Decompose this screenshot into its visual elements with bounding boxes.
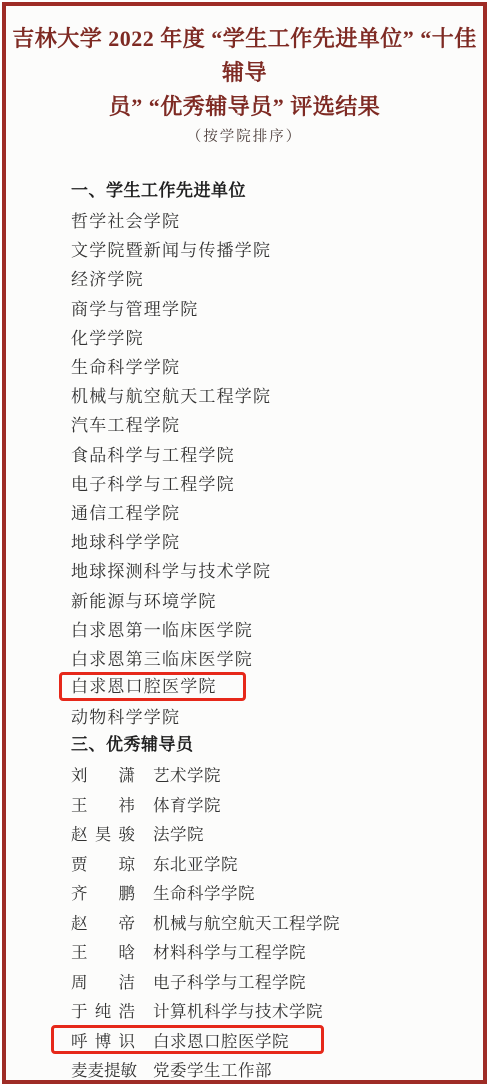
advisor-name: 贾 琼 (71, 851, 135, 875)
red-highlight-box: 白求恩口腔医学院 (59, 672, 246, 701)
unit-list-item: 汽车工程学院 (71, 409, 483, 438)
advisor-college: 计算机科学与技术学院 (153, 998, 323, 1022)
unit-name: 地球科学学院 (71, 528, 180, 553)
document-page: 吉林大学 2022 年度 “学生工作先进单位” “十佳辅导 员” “优秀辅导员”… (2, 2, 487, 1084)
advisor-name: 赵昊骏 (71, 821, 135, 845)
unit-name: 食品科学与工程学院 (71, 441, 235, 466)
advisor-row: 赵 帝 机械与航空航天工程学院 (71, 907, 483, 937)
advisor-name: 刘 潇 (71, 762, 135, 786)
unit-name: 动物科学学院 (71, 703, 180, 728)
advisor-college: 机械与航空航天工程学院 (153, 910, 340, 934)
unit-name: 白求恩口腔医学院 (71, 677, 217, 696)
advisor-college: 生命科学学院 (153, 880, 255, 904)
unit-name: 机械与航空航天工程学院 (71, 382, 271, 407)
unit-list-item: 地球科学学院 (71, 526, 483, 555)
unit-name: 白求恩第一临床医学院 (71, 616, 253, 641)
unit-list-item: 食品科学与工程学院 (71, 439, 483, 468)
advisor-name: 呼博识 (71, 1028, 135, 1052)
advanced-unit-list: 哲学社会学院 文学院暨新闻与传播学院 经济学院 商学与管理学院 化学学院 生命科… (71, 205, 483, 730)
advisor-name: 赵 帝 (71, 910, 135, 934)
unit-list-item: 文学院暨新闻与传播学院 (71, 234, 483, 263)
unit-name: 生命科学学院 (71, 353, 180, 378)
unit-name: 白求恩第三临床医学院 (71, 645, 253, 670)
advisor-row-highlighted: 呼博识 白求恩口腔医学院 (71, 1025, 483, 1055)
unit-name: 经济学院 (71, 265, 144, 290)
document-canvas: 吉林大学 2022 年度 “学生工作先进单位” “十佳辅导 员” “优秀辅导员”… (0, 0, 489, 1086)
unit-list-item: 哲学社会学院 (71, 205, 483, 234)
title-line-2: 员” “优秀辅导员” 评选结果 (6, 90, 483, 124)
unit-name: 电子科学与工程学院 (71, 470, 235, 495)
advisor-list: 刘 潇 艺术学院 王 祎 体育学院 赵昊骏 法学院 贾 琼 东北亚学院 齐 鹏 (71, 759, 483, 1084)
unit-name: 地球探测科学与技术学院 (71, 557, 271, 582)
unit-list-item: 经济学院 (71, 263, 483, 292)
advisor-college: 电子科学与工程学院 (153, 969, 306, 993)
advisor-college: 党委学生工作部 (153, 1057, 272, 1081)
unit-name: 通信工程学院 (71, 499, 180, 524)
advisor-row: 于纯浩 计算机科学与技术学院 (71, 995, 483, 1025)
advisor-row: 刘 潇 艺术学院 (71, 759, 483, 789)
section3-heading: 三、优秀辅导员 (71, 730, 483, 759)
unit-name: 汽车工程学院 (71, 411, 180, 436)
advisor-name: 周 洁 (71, 969, 135, 993)
unit-list-item: 电子科学与工程学院 (71, 468, 483, 497)
advisor-row: 周 洁 电子科学与工程学院 (71, 966, 483, 996)
unit-name: 哲学社会学院 (71, 207, 180, 232)
advisor-college: 艺术学院 (153, 762, 221, 786)
advisor-name: 王 祎 (71, 792, 135, 816)
advisor-college: 体育学院 (153, 792, 221, 816)
unit-name: 文学院暨新闻与传播学院 (71, 236, 271, 261)
advisor-row: 麦麦提敏 党委学生工作部 (71, 1054, 483, 1084)
advisor-row: 赵昊骏 法学院 (71, 818, 483, 848)
document-body: 一、学生工作先进单位 哲学社会学院 文学院暨新闻与传播学院 经济学院 商学与管理… (6, 150, 483, 1084)
title-line-1: 吉林大学 2022 年度 “学生工作先进单位” “十佳辅导 (6, 22, 483, 90)
advisor-row: 王 祎 体育学院 (71, 789, 483, 819)
unit-list-item: 地球探测科学与技术学院 (71, 555, 483, 584)
advisor-row: 王 晗 材料科学与工程学院 (71, 936, 483, 966)
advisor-college: 东北亚学院 (153, 851, 238, 875)
advisor-name: 麦麦提敏 (71, 1057, 135, 1081)
red-highlight-box: 呼博识 白求恩口腔医学院 (51, 1025, 324, 1054)
advisor-college: 材料科学与工程学院 (153, 939, 306, 963)
unit-name: 化学学院 (71, 324, 144, 349)
advisor-name: 于纯浩 (71, 998, 135, 1022)
unit-list-item: 白求恩第三临床医学院 (71, 643, 483, 672)
unit-list-item: 新能源与环境学院 (71, 584, 483, 613)
unit-list-item: 生命科学学院 (71, 351, 483, 380)
unit-list-item: 商学与管理学院 (71, 293, 483, 322)
advisor-name: 齐 鹏 (71, 880, 135, 904)
advisor-college: 法学院 (153, 821, 204, 845)
document-title: 吉林大学 2022 年度 “学生工作先进单位” “十佳辅导 员” “优秀辅导员”… (6, 6, 483, 124)
unit-list-item: 白求恩第一临床医学院 (71, 614, 483, 643)
advisor-college: 白求恩口腔医学院 (153, 1028, 289, 1052)
advisor-row: 齐 鹏 生命科学学院 (71, 877, 483, 907)
section1-heading: 一、学生工作先进单位 (71, 176, 483, 205)
unit-list-item: 通信工程学院 (71, 497, 483, 526)
unit-list-item: 化学学院 (71, 322, 483, 351)
unit-name: 新能源与环境学院 (71, 587, 217, 612)
advisor-name: 王 晗 (71, 939, 135, 963)
unit-list-item-highlighted: 白求恩口腔医学院 (71, 672, 483, 701)
advisor-row: 贾 琼 东北亚学院 (71, 848, 483, 878)
unit-list-item: 动物科学学院 (71, 701, 483, 730)
unit-name: 商学与管理学院 (71, 295, 198, 320)
document-subtitle: （按学院排序） (6, 124, 483, 150)
unit-list-item: 机械与航空航天工程学院 (71, 380, 483, 409)
